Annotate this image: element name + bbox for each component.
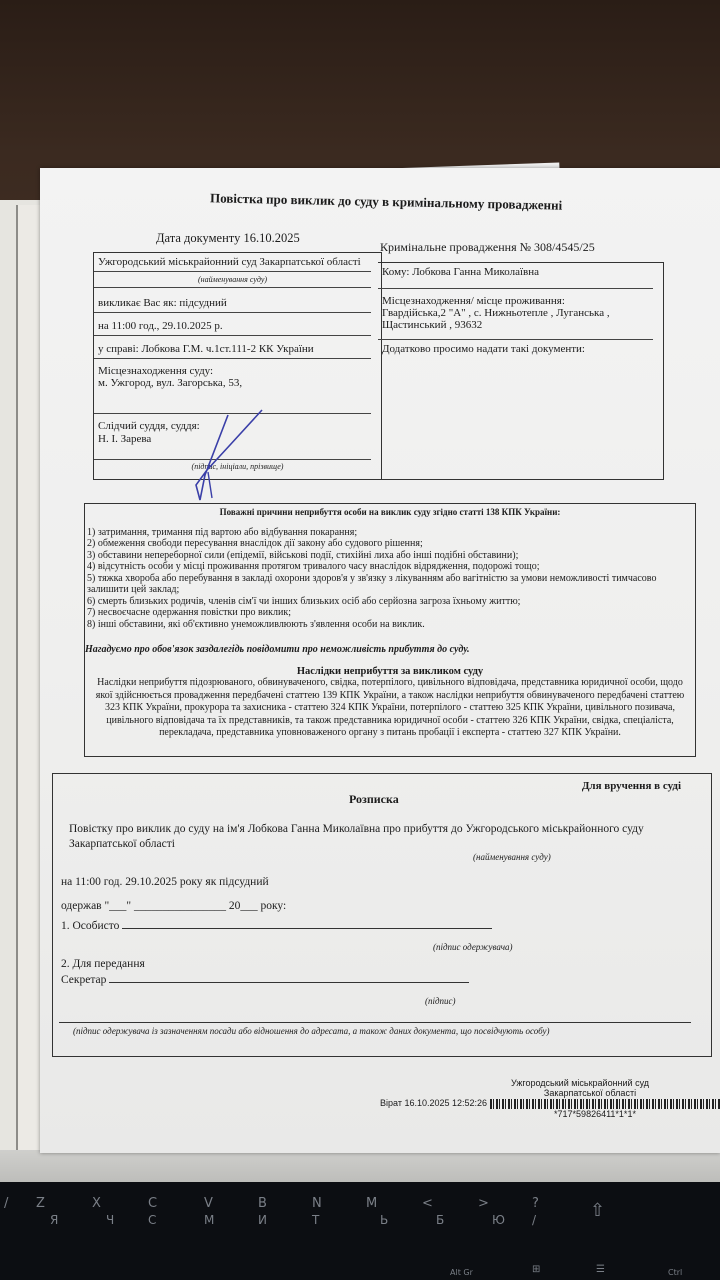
receipt-heading: Розписка xyxy=(349,792,399,807)
receipt-section: Для вручення в суді Розписка Повістку пр… xyxy=(52,773,712,1057)
recipient-box: Кому: Лобкова Ганна Миколаївна Місцезнах… xyxy=(378,262,664,480)
case-description: у справі: Лобкова Г.М. ч.1ст.111-2 КК Ук… xyxy=(94,340,371,359)
key-m: MЬ xyxy=(366,1196,388,1227)
court-stamp: Ужгородський міськрайонний суд Закарпатс… xyxy=(380,1078,720,1119)
court-caption: (найменування суду) xyxy=(94,272,371,288)
recipient-name: Кому: Лобкова Ганна Миколаївна xyxy=(378,263,653,289)
shift-key-icon: ⇧ xyxy=(590,1200,605,1221)
reason-item: 1) затримання, тримання під вартою або в… xyxy=(85,527,695,539)
for-court-label: Для вручення в суді xyxy=(582,780,681,792)
secretary-label: Секретар xyxy=(61,974,106,986)
barcode xyxy=(490,1099,720,1109)
for-transfer-label: 2. Для передання xyxy=(61,958,145,970)
recipient-caption: (підпис одержувача) xyxy=(433,942,513,952)
personally-label: 1. Особисто xyxy=(61,920,119,932)
address-label: Місцезнаходження/ місце проживання: xyxy=(378,289,663,307)
court-info-box: Ужгородський міськрайонний суд Закарпатс… xyxy=(93,252,382,480)
document-title: Повістка про виклик до суду в кримінальн… xyxy=(210,190,562,213)
key-v: VМ xyxy=(204,1196,214,1227)
extra-documents: Додатково просимо надати такі документи: xyxy=(378,340,663,358)
summons-document: Повістка про виклик до суду в кримінальн… xyxy=(40,168,720,1153)
reasons-heading: Поважні причини неприбуття особи на викл… xyxy=(85,507,695,519)
key-slash: ?/ xyxy=(532,1196,539,1227)
key-ctrl: Ctrl xyxy=(668,1268,682,1277)
address-line2: Щастинський , 93632 xyxy=(378,319,653,340)
receipt-time: на 11:00 год. 29.10.2025 року як підсудн… xyxy=(61,876,269,888)
secretary-sign-caption: (підпис) xyxy=(425,996,456,1006)
bottom-signature-line[interactable] xyxy=(59,1022,691,1023)
judge-label: Слідчий суддя, суддя: xyxy=(94,414,381,432)
key-altgr: Alt Gr xyxy=(450,1268,473,1277)
signature-caption: (підпис, ініціали, прізвище) xyxy=(94,462,381,471)
reminder-text: Нагадуємо про обов'язок заздалегідь пові… xyxy=(85,644,695,656)
key-comma: <Б xyxy=(422,1196,444,1227)
court-location-label: Місцезнаходження суду: xyxy=(94,359,381,377)
key-x: XЧ xyxy=(92,1196,114,1227)
key-b: BИ xyxy=(258,1196,267,1227)
windows-key-icon: ⊞ xyxy=(532,1264,540,1275)
secretary-signature-line[interactable] xyxy=(109,982,469,983)
address-line1: Гвардійська,2 "А" , с. Нижньотепле , Луг… xyxy=(378,307,663,319)
court-name: Ужгородський міськрайонний суд Закарпатс… xyxy=(94,253,371,272)
menu-key-icon: ☰ xyxy=(596,1264,605,1275)
stamp-court-line2: Закарпатської області xyxy=(380,1088,720,1098)
consequences-text: Наслідки неприбуття підозрюваного, обвин… xyxy=(85,677,695,740)
outgoing-timestamp: Вірат 16.10.2025 12:52:26 xyxy=(380,1098,487,1108)
reason-item: 7) несвоєчасне одержання повістки про ви… xyxy=(85,607,695,619)
recipient-signature-line[interactable] xyxy=(122,928,492,929)
stamp-court-line1: Ужгородський міськрайонний суд xyxy=(380,1078,720,1088)
case-number: Кримінальне провадження № 308/4545/25 xyxy=(380,240,595,255)
key-c: CС xyxy=(148,1196,157,1227)
key-n: NТ xyxy=(312,1196,322,1227)
barcode-number: *717*59826411*1*1* xyxy=(380,1109,720,1119)
key-period: >Ю xyxy=(478,1196,505,1227)
key-z: ZЯ xyxy=(36,1196,58,1227)
judge-name: Н. І. Зарева xyxy=(94,432,371,460)
receipt-text: Повістку про виклик до суду на ім'я Лобк… xyxy=(69,822,669,852)
keyboard: / ZЯ XЧ CС VМ BИ NТ MЬ <Б >Ю ?/ ⇧ Alt Gr… xyxy=(0,1182,720,1280)
bottom-caption: (підпис одержувача із зазначенням посади… xyxy=(73,1026,550,1036)
valid-reasons-section: Поважні причини неприбуття особи на викл… xyxy=(84,503,696,757)
reason-item: 2) обмеження свободи пересування внаслід… xyxy=(85,538,695,550)
document-date: Дата документу 16.10.2025 xyxy=(156,231,300,246)
key: / xyxy=(4,1196,8,1211)
reason-item: 4) відсутність особи у місці проживання … xyxy=(85,561,695,573)
summoned-as: викликає Вас як: підсудний xyxy=(94,294,371,313)
court-location: м. Ужгород, вул. Загорська, 53, xyxy=(94,377,371,414)
reason-item: 5) тяжка хвороба або перебування в закла… xyxy=(85,573,695,596)
hearing-time: на 11:00 год., 29.10.2025 р. xyxy=(94,317,371,336)
received-date-field[interactable]: одержав "___" ________________ 20___ рок… xyxy=(61,900,286,912)
receipt-court-caption: (найменування суду) xyxy=(473,852,551,862)
reason-item: 3) обставини непереборної сили (епідемії… xyxy=(85,550,695,562)
reason-item: 8) інші обставини, які об'єктивно унемож… xyxy=(85,619,695,631)
reason-item: 6) смерть близьких родичів, членів сім'ї… xyxy=(85,596,695,608)
consequences-heading: Наслідки неприбуття за викликом суду xyxy=(85,666,695,678)
